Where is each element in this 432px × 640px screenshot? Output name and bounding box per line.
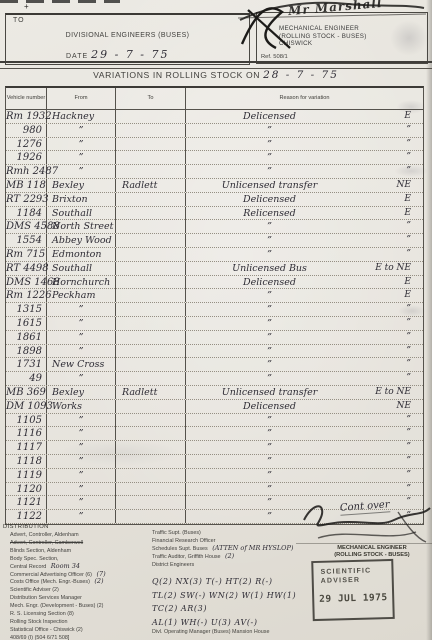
reason-cell: ” ” [186,165,423,178]
addressee-box: TO DIVISIONAL ENGINEERS (BUSES) DATE 29 … [5,13,250,65]
to-cell [116,289,186,302]
reason-text: Delicensed [186,193,353,206]
distribution-item-text: Blinds Section, Aldenham [10,548,71,554]
table-row: 1898 ” ” ” [6,345,423,359]
date-line: DATE 29 - 7 - 75 [66,48,170,61]
col-header-from: From [47,88,116,109]
distribution-list-middle: Traffic Supt. (Buses) Financial Research… [152,529,312,569]
from-cell: Peckham [47,289,116,302]
from-cell: ” [47,483,116,496]
variation-code: ” [406,151,411,164]
variation-code: E [404,276,411,289]
variation-code: E [404,207,411,220]
from-cell: Bexley [47,179,116,192]
variation-code: ” [406,248,411,261]
col-header-vehicle: Vehicle number [6,88,47,109]
table-row: 1120 ” ” ” [6,483,423,497]
vehicle-number-cell: 1861 [6,331,47,344]
distribution-item: Advert, Controller, Aldenham [10,531,152,539]
to-cell [116,510,186,523]
reason-cell: ” ” [186,469,423,482]
table-row: MB 118 Bexley Radlett Unlicensed transfe… [6,179,423,193]
variation-code: ” [406,124,411,137]
from-cell: ” [47,317,116,330]
table-row: 1315 ” ” ” [6,303,423,317]
to-cell [116,331,186,344]
vehicle-number-cell: Rm 1226 [6,289,47,302]
vehicle-number-cell: 1118 [6,455,47,468]
from-cell: ” [47,165,116,178]
distribution-item: 408/69 (I) (504 6/71 508] [10,634,152,640]
from-cell: Abbey Wood [47,234,116,247]
stamp-date: 29 JUL 1975 [319,592,388,605]
table-row: 1731 New Cross ” ” [6,358,423,372]
from-cell: ” [47,124,116,137]
distribution-item-text: Financial Research Officer [152,538,215,544]
distribution-item: Statistical Office - Chiswick (2) [10,626,152,634]
from-cell: Bexley [47,386,116,399]
vehicle-number-cell: 1120 [6,483,47,496]
variation-code: ” [406,414,411,427]
reason-text: ” [186,483,353,496]
distribution-item-text: Traffic Supt. (Buses) [152,530,201,536]
distribution-item: District Engineers [152,561,312,569]
reason-text: ” [186,165,353,178]
vehicle-number-cell: 1105 [6,414,47,427]
distribution-item: Body Spec. Section, [10,555,152,563]
distribution-item-text: Body Spec. Section, [10,556,59,562]
reason-text: Delicensed [186,110,353,123]
stamp-office-line: SCIENTIFIC [320,568,371,576]
reason-text: ” [186,414,353,427]
vehicle-number-cell: 1554 [6,234,47,247]
reason-cell: ” ” [186,331,423,344]
to-cell [116,496,186,509]
distribution-item-text: Advert, Controller, Camberwell [10,540,83,546]
garage-allocation-codes: Q(2) NX(3) T(-) HT(2) R(-) TL(2) SW(-) W… [152,575,296,629]
title-printed: VARIATIONS IN ROLLING STOCK ON [93,70,260,80]
to-cell [116,165,186,178]
reason-cell: ” ” [186,414,423,427]
to-cell [116,441,186,454]
vehicle-number-cell: 49 [6,372,47,385]
table-row: DM 1093 Works Delicensed NE [6,400,423,414]
vehicle-number-cell: 1926 [6,151,47,164]
to-cell: Radlett [116,179,186,192]
table-row: Rm 1226 Peckham ” E [6,289,423,303]
allocation-line: Q(2) NX(3) T(-) HT(2) R(-) [152,575,296,589]
variation-code: ” [406,234,411,247]
variation-code: E to NE [375,386,411,399]
distribution-item-text: District Engineers [152,562,194,568]
vehicle-number-cell: 1117 [6,441,47,454]
reason-cell: ” E [186,289,423,302]
reason-cell: ” ” [186,483,423,496]
table-row: 1861 ” ” ” [6,331,423,345]
from-cell: ” [47,510,116,523]
variation-code: ” [406,317,411,330]
reason-cell: Delicensed E [186,193,423,206]
to-cell [116,151,186,164]
to-cell [116,455,186,468]
to-cell [116,138,186,151]
variation-code: ” [406,138,411,151]
reason-text: ” [186,303,353,316]
distribution-item: Rolling Stock Inspection [10,618,152,626]
title-date-handwritten: 28 - 7 - 75 [263,69,339,81]
to-cell [116,303,186,316]
from-cell: Works [47,400,116,413]
to-cell [116,262,186,275]
allocation-line: TL(2) SW(-) WN(2) W(1) HW(1) [152,589,296,603]
table-row: Rmh 2487 ” ” ” [6,165,423,179]
variation-code: ” [406,455,411,468]
scan-top-mark [0,0,120,3]
distribution-item: Advert, Controller, Camberwell [10,539,152,547]
vehicle-number-cell: 1184 [6,207,47,220]
reason-text: ” [186,441,353,454]
distribution-item-text: Statistical Office - Chiswick (2) [10,627,83,633]
from-cell: ” [47,331,116,344]
vehicle-number-cell: MB 118 [6,179,47,192]
operating-manager-line: Divl. Operating Manager (Buses) Mansion … [152,629,269,635]
reason-cell: ” ” [186,248,423,261]
table-row: 980 ” ” ” [6,124,423,138]
allocation-line: TC(2) AR(3) [152,602,296,616]
reason-text: ” [186,289,353,302]
distribution-item: Scientific Adviser (2) [10,586,152,594]
reason-cell: ” ” [186,317,423,330]
table-row: 1276 ” ” ” [6,138,423,152]
distribution-item: Central Record Room 34 [10,563,152,571]
distribution-item: Distribution Services Manager [10,594,152,602]
reason-cell: ” ” [186,151,423,164]
distribution-item-text: Costs Office (Mech. Engr.-Buses) [10,579,90,585]
to-cell [116,234,186,247]
distribution-item-text: Distribution Services Manager [10,595,82,601]
reason-cell: Relicensed E [186,207,423,220]
vehicle-number-cell: 980 [6,124,47,137]
reason-cell: ” ” [186,372,423,385]
vehicle-number-cell: MB 369 [6,386,47,399]
from-cell: Southall [47,262,116,275]
reason-cell: ” ” [186,427,423,440]
reason-text: ” [186,248,353,261]
from-cell: Hornchurch [47,276,116,289]
to-cell [116,276,186,289]
vehicle-number-cell: Rm 1932 [6,110,47,123]
distribution-item-text: R. S. Licensing Section (8) [10,611,74,617]
vehicle-number-cell: 1119 [6,469,47,482]
distribution-title: DISTRIBUTION [3,524,49,530]
distribution-item-text: Traffic Auditor, Griffith House [152,554,221,560]
table-body: Rm 1932 Hackney Delicensed E 980 ” ” ” [6,110,423,524]
distribution-item: Traffic Supt. (Buses) [152,529,312,537]
reason-text: ” [186,345,353,358]
reason-cell: Delicensed E [186,110,423,123]
page-title: VARIATIONS IN ROLLING STOCK ON 28 - 7 - … [0,69,432,81]
from-cell: ” [47,441,116,454]
from-cell: North Street [47,220,116,233]
variation-code: ” [406,483,411,496]
variation-code: ” [406,427,411,440]
table-header: Vehicle number From To Reason for variat… [6,88,423,110]
reason-text: Relicensed [186,207,353,220]
to-cell [116,358,186,371]
to-label: TO [13,17,25,24]
distribution-item-annotation: (2) [94,577,103,585]
table-row: MB 369 Bexley Radlett Unlicensed transfe… [6,386,423,400]
to-cell [116,372,186,385]
from-cell: New Cross [47,358,116,371]
to-cell [116,469,186,482]
vehicle-number-cell: DMS 4588 [6,220,47,233]
from-cell: Edmonton [47,248,116,261]
reason-text: Unlicensed transfer [186,386,353,399]
table-row: 1554 Abbey Wood ” ” [6,234,423,248]
reason-text: ” [186,427,353,440]
from-cell: ” [47,469,116,482]
reason-cell: Unlicensed Bus E to NE [186,262,423,275]
distribution-item-annotation: (7) [96,570,105,578]
from-cell: ” [47,372,116,385]
to-cell [116,220,186,233]
table-row: Rm 715 Edmonton ” ” [6,248,423,262]
variation-code: E to NE [375,262,411,275]
to-cell [116,483,186,496]
reason-text: ” [186,331,353,344]
reason-text: ” [186,220,353,233]
table-row: DMS 4588 North Street ” ” [6,220,423,234]
variation-code: E [404,289,411,302]
table-row: DMS 1468 Hornchurch Delicensed E [6,276,423,290]
reason-text: Delicensed [186,400,353,413]
from-cell: ” [47,151,116,164]
vehicle-number-cell: Rm 715 [6,248,47,261]
to-cell [116,427,186,440]
to-cell [116,124,186,137]
distribution-item-text: Mech. Engr. (Development - Buses) (2) [10,603,103,609]
distribution-item: R. S. Licensing Section (8) [10,610,152,618]
table-row: 1117 ” ” ” [6,441,423,455]
distribution-item-text: Central Record [10,564,46,570]
distribution-item: Blinds Section, Aldenham [10,547,152,555]
vehicle-number-cell: 1122 [6,510,47,523]
table-row: 49 ” ” ” [6,372,423,386]
reason-cell: ” ” [186,441,423,454]
reason-text: ” [186,317,353,330]
header-rule [0,61,432,69]
from-cell: ” [47,427,116,440]
vehicle-number-cell: RT 4498 [6,262,47,275]
variation-code: ” [406,469,411,482]
to-cell [116,110,186,123]
table-row: RT 4498 Southall Unlicensed Bus E to NE [6,262,423,276]
vehicle-number-cell: 1315 [6,303,47,316]
reason-text: ” [186,469,353,482]
variation-code: ” [406,441,411,454]
table-row: 1119 ” ” ” [6,469,423,483]
date-handwritten: 29 - 7 - 75 [91,48,169,61]
col-header-reason: Reason for variation [186,88,423,109]
variation-code: ” [406,345,411,358]
reason-cell: ” ” [186,234,423,247]
distribution-item-text: Advert, Controller, Aldenham [10,532,79,538]
reason-text: Unlicensed transfer [186,179,353,192]
table-row: RT 2293 Brixton Delicensed E [6,193,423,207]
reason-cell: Unlicensed transfer E to NE [186,386,423,399]
col-header-to: To [116,88,186,109]
to-cell: Radlett [116,386,186,399]
variation-code: ” [406,220,411,233]
to-cell [116,193,186,206]
distribution-item: Traffic Auditor, Griffith House (2) [152,553,312,561]
from-cell: ” [47,414,116,427]
reason-cell: ” ” [186,303,423,316]
footer-line: (ROLLING STOCK - BUSES) [316,552,428,559]
distribution-item-annotation: Room 34 [51,562,80,570]
to-cell [116,207,186,220]
table-row: 1118 ” ” ” [6,455,423,469]
rolling-stock-table: Vehicle number From To Reason for variat… [5,86,424,525]
to-cell [116,345,186,358]
distribution-list-left: Advert, Controller, Aldenham Advert, Con… [10,531,152,640]
addressee: DIVISIONAL ENGINEERS (BUSES) [6,32,249,39]
distribution-item-annotation: (2) [225,552,234,560]
footer-rule [296,543,432,544]
to-cell [116,248,186,261]
vehicle-number-cell: 1898 [6,345,47,358]
distribution-item: Costs Office (Mech. Engr.-Buses) (2) [10,578,152,586]
reason-text: Unlicensed Bus [186,262,353,275]
vehicle-number-cell: 1615 [6,317,47,330]
vehicle-number-cell: Rmh 2487 [6,165,47,178]
date-received-stamp: SCIENTIFIC ADVISER 29 JUL 1975 [311,559,395,621]
reason-cell: ” ” [186,138,423,151]
distribution-item-text: 408/69 (I) (504 6/71 508] [10,635,69,640]
variation-code: ” [406,165,411,178]
reason-cell: ” ” [186,124,423,137]
reason-cell: ” ” [186,358,423,371]
distribution-item-annotation: (ATTEN of MR HYSLOP) [212,544,293,552]
vehicle-number-cell: RT 2293 [6,193,47,206]
variation-code: E [404,110,411,123]
from-cell: Southall [47,207,116,220]
variation-code: ” [406,303,411,316]
table-row: 1615 ” ” ” [6,317,423,331]
vehicle-number-cell: 1116 [6,427,47,440]
allocation-line: AL(1) WH(-) U(3) AV(-) [152,616,296,630]
from-cell: ” [47,345,116,358]
reason-text: Delicensed [186,276,353,289]
vehicle-number-cell: 1731 [6,358,47,371]
distribution-item-text: Commercial Advertising Officer (6) [10,572,92,578]
variation-code: NE [397,179,411,192]
from-cell: ” [47,496,116,509]
from-cell: ” [47,455,116,468]
distribution-item-text: Scientific Adviser (2) [10,587,59,593]
mechanical-engineer-footer: MECHANICAL ENGINEER (ROLLING STOCK - BUS… [316,545,428,558]
scan-plus-mark: + [24,2,29,11]
distribution-item: Mech. Engr. (Development - Buses) (2) [10,602,152,610]
reason-text: ” [186,372,353,385]
stamp-office-line: ADVISER [321,577,361,585]
vehicle-number-cell: DMS 1468 [6,276,47,289]
variation-code: ” [406,372,411,385]
table-row: 1116 ” ” ” [6,427,423,441]
reason-cell: ” ” [186,220,423,233]
reason-text: ” [186,124,353,137]
distribution-item-text: Schedules Supt. Buses [152,546,208,552]
reason-text: ” [186,151,353,164]
reason-cell: ” ” [186,455,423,468]
reason-text: ” [186,234,353,247]
reason-text: ” [186,138,353,151]
reason-cell: ” ” [186,345,423,358]
distribution-item: Commercial Advertising Officer (6) (7) [10,571,152,579]
from-cell: Hackney [47,110,116,123]
reason-cell: Delicensed NE [186,400,423,413]
reason-text: ” [186,455,353,468]
from-cell: Brixton [47,193,116,206]
vehicle-number-cell: 1276 [6,138,47,151]
variation-code: E [404,193,411,206]
to-cell [116,400,186,413]
table-row: 1184 Southall Relicensed E [6,207,423,221]
table-row: Rm 1932 Hackney Delicensed E [6,110,423,124]
variation-code: ” [406,331,411,344]
variation-code: ” [406,358,411,371]
vehicle-number-cell: 1121 [6,496,47,509]
to-cell [116,414,186,427]
footer-line: MECHANICAL ENGINEER [316,545,428,552]
scanned-document-page: { "header": { "to_label": "TO", "address… [0,0,432,640]
from-cell: ” [47,138,116,151]
date-label: DATE [66,53,88,60]
variation-code: NE [397,400,411,413]
reason-cell: Delicensed E [186,276,423,289]
reason-cell: Unlicensed transfer NE [186,179,423,192]
reason-text: ” [186,358,353,371]
table-row: 1105 ” ” ” [6,414,423,428]
to-cell [116,317,186,330]
from-cell: ” [47,303,116,316]
vehicle-number-cell: DM 1093 [6,400,47,413]
table-row: 1926 ” ” ” [6,151,423,165]
distribution-item-text: Rolling Stock Inspection [10,619,68,625]
